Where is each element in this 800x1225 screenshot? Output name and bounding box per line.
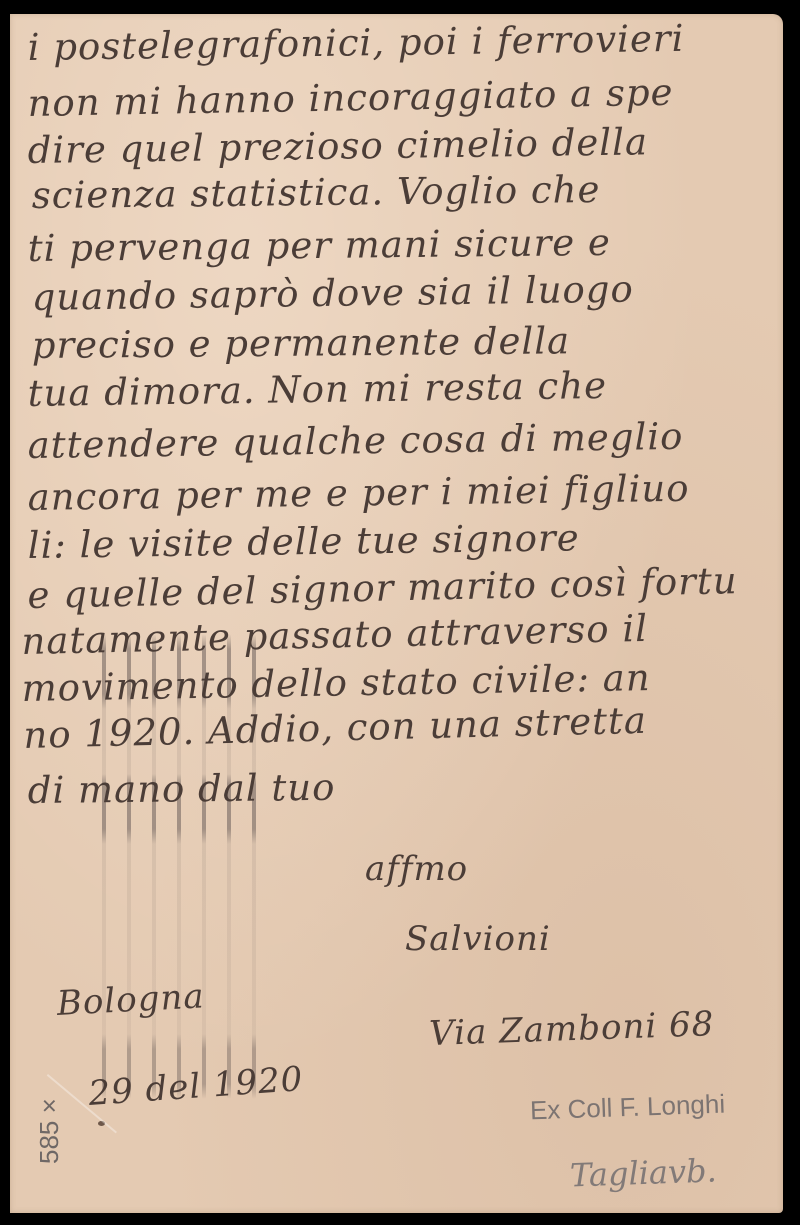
pencil-expert-signature: Tagliavb. — [569, 1151, 717, 1194]
closing-affmo: affmo — [365, 849, 468, 889]
postcard: i postelegrafonici, poi i ferrovieri non… — [10, 14, 783, 1213]
place-bologna: Bologna — [56, 976, 206, 1024]
letter-line-11: li: le visite delle tue signore — [27, 516, 579, 567]
pencil-provenance-note: Ex Coll F. Longhi — [530, 1089, 726, 1127]
letter-line-10: ancora per me e per i miei figliuo — [27, 467, 689, 519]
letter-date: 29 del 1920 — [87, 1059, 304, 1114]
signature-salvioni: Salvioni — [405, 919, 551, 959]
letter-line-16: di mano dal tuo — [28, 766, 336, 812]
letter-line-5: ti pervenga per mani sicure e — [28, 221, 612, 270]
letter-line-9: attendere qualche cosa di meglio — [27, 415, 683, 467]
letter-line-4: scienza statistica. Voglio che — [32, 168, 601, 217]
sender-address: Via Zamboni 68 — [429, 1004, 715, 1054]
letter-line-3: dire quel prezioso cimelio della — [27, 120, 648, 172]
letter-line-7: preciso e permanente della — [32, 319, 571, 367]
pencil-margin-number: 585 × — [34, 1098, 65, 1164]
letter-line-8: tua dimora. Non mi resta che — [27, 364, 607, 415]
letter-line-2: non mi hanno incoraggiato a spe — [27, 71, 674, 125]
letter-line-6: quando saprò dove sia il luogo — [31, 268, 634, 319]
letter-line-1: i postelegrafonici, poi i ferrovieri — [27, 17, 684, 69]
letter-line-13: natamente passato attraverso il — [21, 607, 648, 663]
